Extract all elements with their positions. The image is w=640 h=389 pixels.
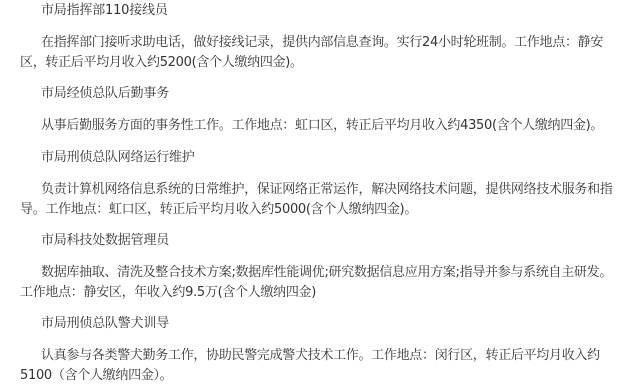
job-description: 负责计算机网络信息系统的日常维护，保证网络正常运作，解决网络技术问题，提供网络技… <box>20 180 624 220</box>
job-description: 数据库抽取、清洗及整合技术方案;数据库性能调优;研究数据信息应用方案;指导并参与… <box>20 263 624 303</box>
job-description: 从事后勤服务方面的事务性工作。工作地点：虹口区，转正后平均月收入约4350(含个… <box>20 116 624 136</box>
job-listing-document: 市局指挥部110接线员 在指挥部门接听求助电话，做好接线记录，提供内部信息查询。… <box>0 0 640 389</box>
job-title: 市局刑侦总队网络运行维护 <box>41 150 195 166</box>
job-title: 市局刑侦总队警犬训导 <box>41 316 169 332</box>
job-description: 在指挥部门接听求助电话，做好接线记录，提供内部信息查询。实行24小时轮班制。工作… <box>20 33 624 73</box>
job-title: 市局指挥部110接线员 <box>41 3 168 19</box>
job-title: 市局经侦总队后勤事务 <box>41 86 169 102</box>
job-description: 认真参与各类警犬勤务工作，协助民警完成警犬技术工作。工作地点：闵行区，转正后平均… <box>20 346 624 386</box>
job-title: 市局科技处数据管理员 <box>41 233 169 249</box>
